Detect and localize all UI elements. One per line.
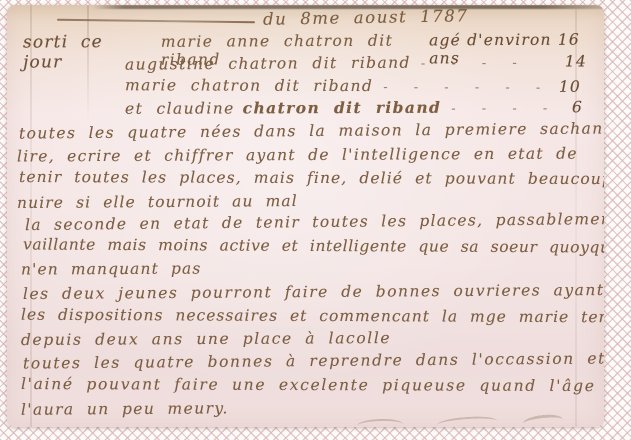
paragraph-line: nuire si elle tournoit au mal bbox=[17, 190, 298, 214]
entry-name: et claudine bbox=[125, 99, 235, 117]
faint-cutoff-writing bbox=[357, 418, 403, 427]
paragraph-line: les dispositions necessaires et commenca… bbox=[21, 304, 604, 329]
entry-row: marie chatron dit riband - - - - - - - 1… bbox=[125, 76, 581, 96]
paragraph-line: toutes les quatre nées dans la maison la… bbox=[19, 117, 604, 144]
leader-dashes: - - - - bbox=[421, 56, 555, 72]
faint-cutoff-writing bbox=[437, 415, 498, 427]
paragraph-line: l'ainé pouvant faire une excelente pique… bbox=[21, 373, 596, 397]
paragraph-line: lire, ecrire et chiffrer ayant de l'inte… bbox=[17, 143, 578, 168]
entry-name: augustine chatron dit riband bbox=[125, 54, 411, 74]
paragraph-line: vaillante mais moins active et intellige… bbox=[23, 233, 604, 258]
paragraph-line: l'aura un peu meury. bbox=[21, 397, 229, 420]
entry-age: 6 bbox=[572, 98, 583, 116]
ink-rule bbox=[57, 19, 255, 23]
date-text: du 8me aoust 1787 bbox=[263, 5, 469, 31]
leader-dashes: - - - - - bbox=[451, 101, 562, 116]
entry-age: 10 bbox=[559, 78, 581, 96]
entry-name-overwritten: chatron dit riband bbox=[243, 98, 442, 118]
faint-cutoff-writing bbox=[522, 413, 563, 427]
entry-intro: sorti ce jour bbox=[23, 32, 139, 73]
entry-age: 14 bbox=[565, 52, 587, 70]
entry-name: marie chatron dit riband bbox=[125, 76, 373, 95]
paragraph-line: toutes les quatre bonnes à reprendre dan… bbox=[23, 347, 604, 374]
paragraph-line: n'en manquant pas bbox=[21, 258, 201, 281]
paragraph-line: depuis deux ans une place à lacolle bbox=[21, 327, 391, 351]
photo-backing-zigzag: du 8me aoust 1787 sorti ce jour marie an… bbox=[0, 0, 631, 440]
manuscript-page: du 8me aoust 1787 sorti ce jour marie an… bbox=[7, 5, 604, 427]
entry-row: et claudine chatron dit riband - - - - -… bbox=[125, 97, 583, 118]
leader-dashes: - - - - - - - bbox=[383, 80, 549, 96]
paragraph-line: tenir toutes les places, mais fine, deli… bbox=[19, 166, 604, 190]
paragraph-line: les deux jeunes pourront faire de bonnes… bbox=[23, 279, 604, 305]
entry-row: augustine chatron dit riband - - - - 14 bbox=[125, 52, 587, 73]
date-header: du 8me aoust 1787 bbox=[57, 7, 469, 29]
